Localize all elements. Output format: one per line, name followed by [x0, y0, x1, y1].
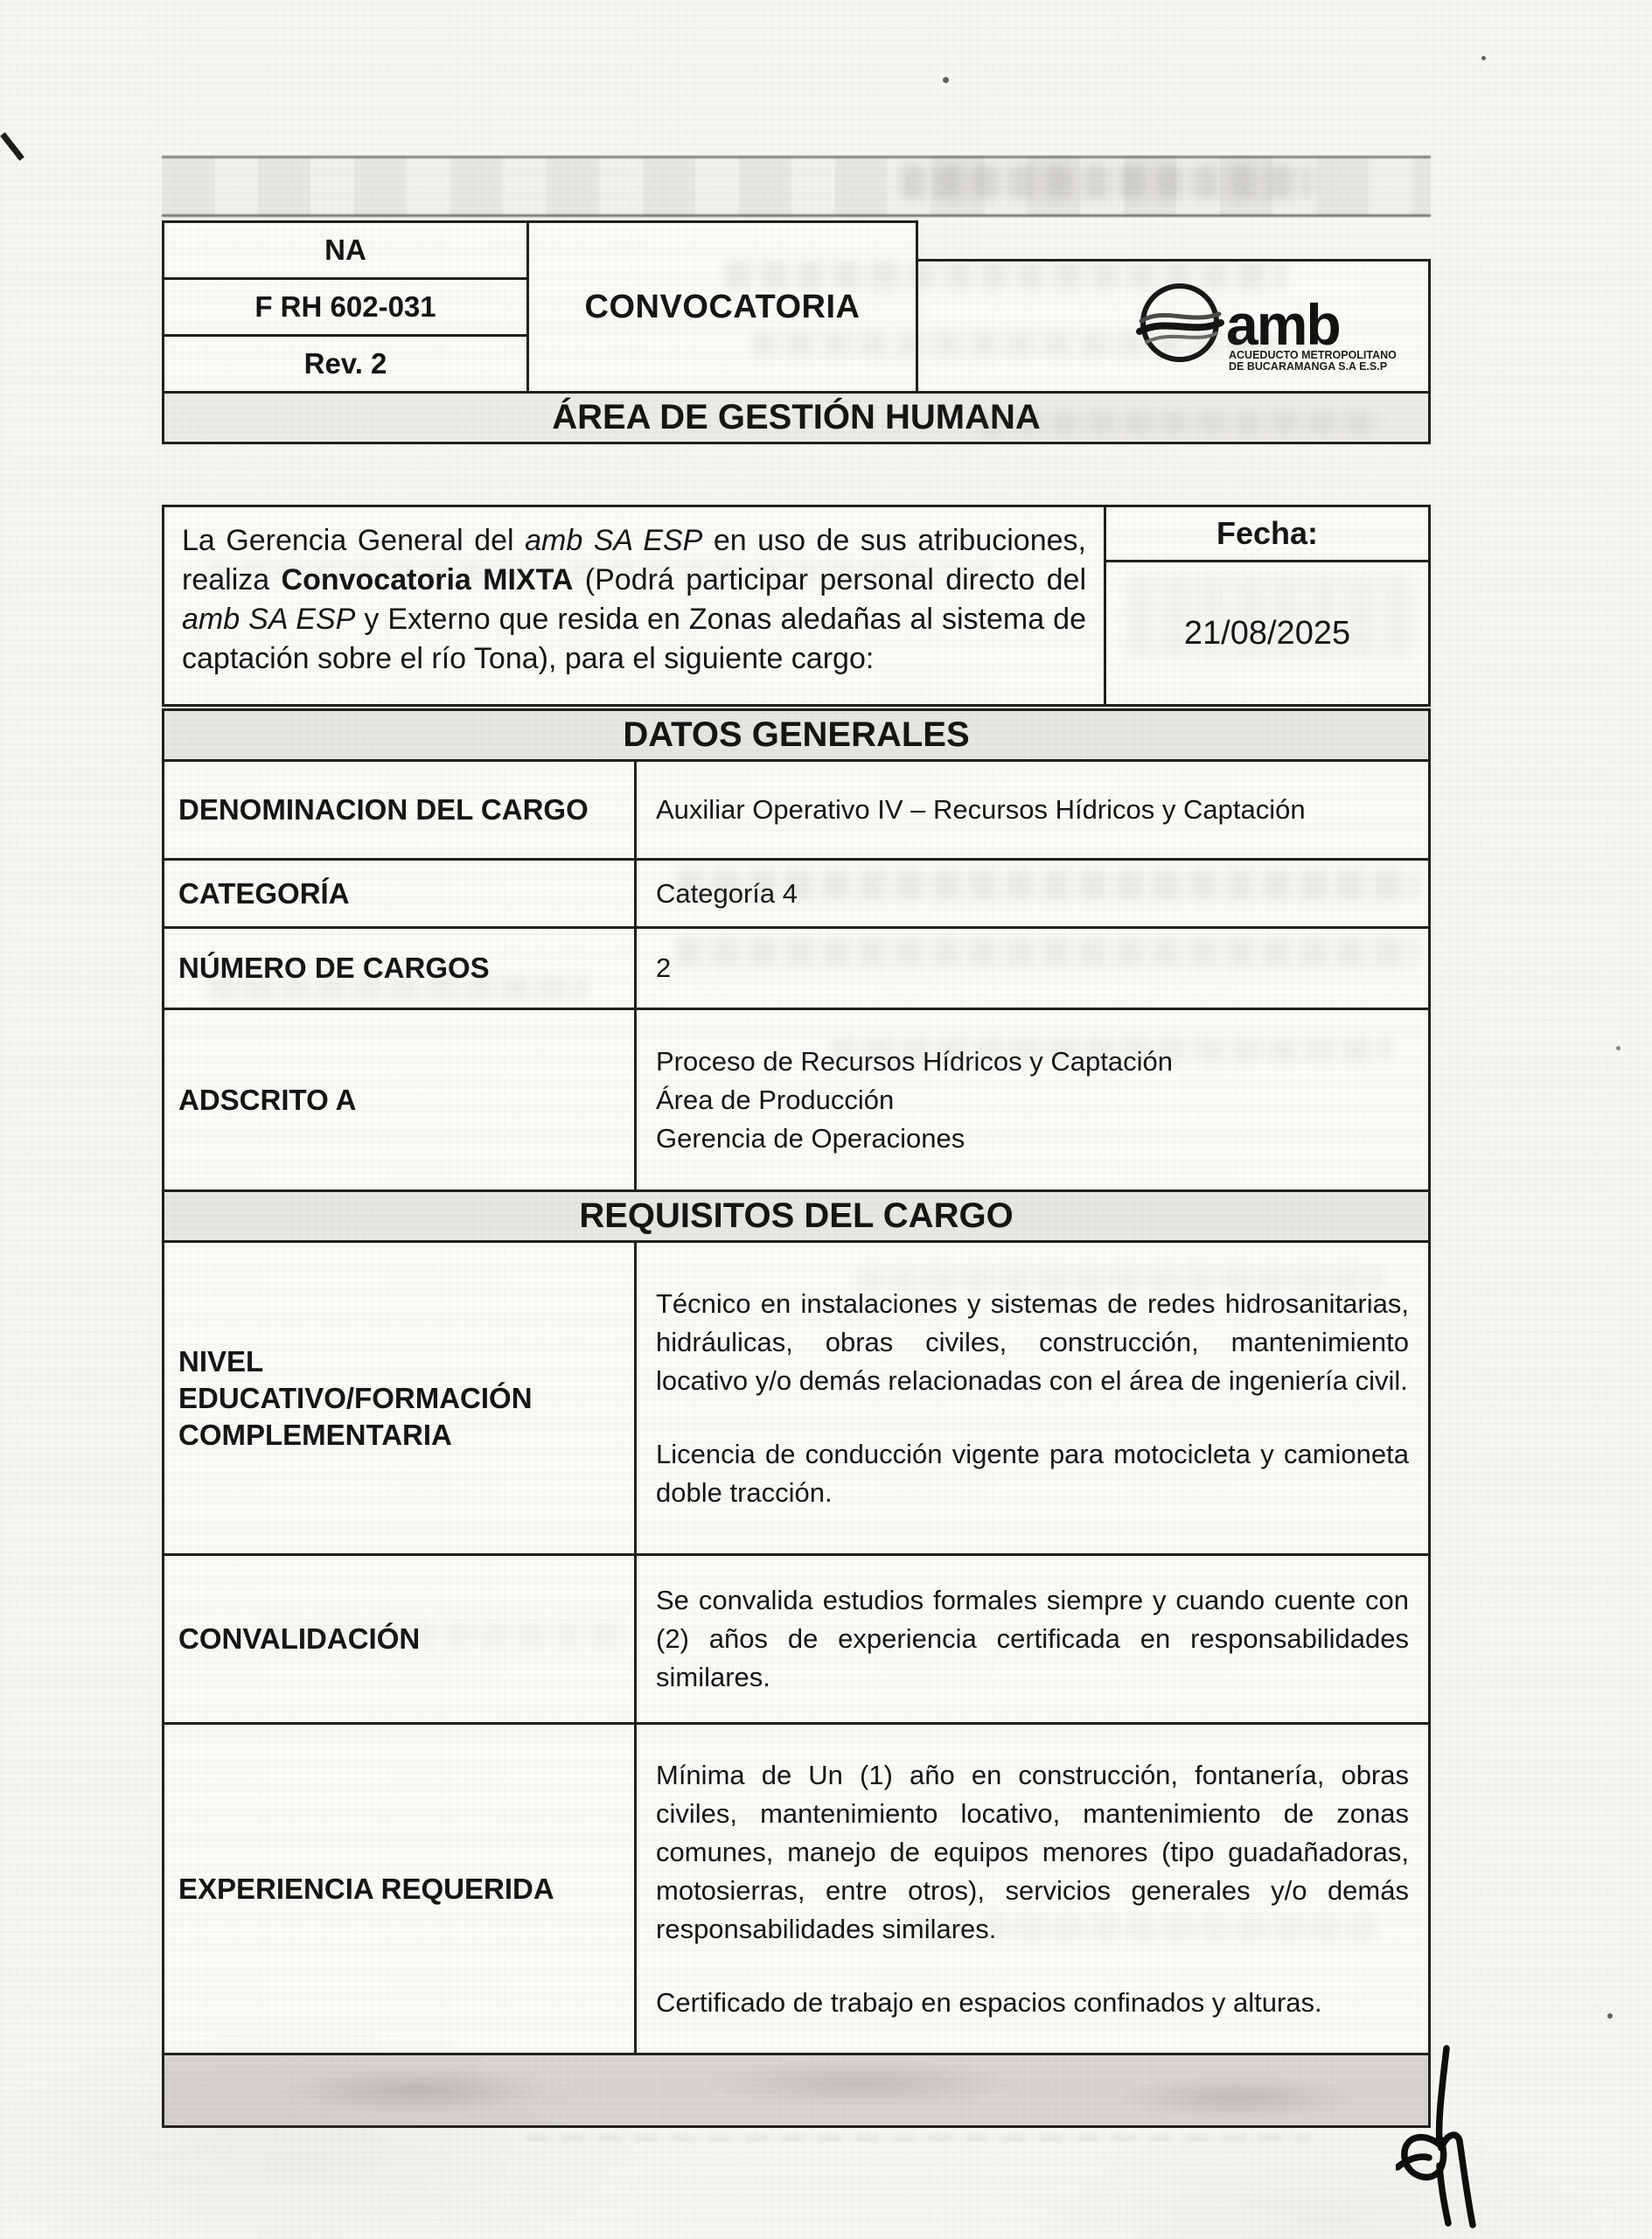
- row-value-denominacion: Auxiliar Operativo IV – Recursos Hídrico…: [637, 762, 1428, 858]
- intro-seg-bold: Convocatoria MIXTA: [282, 563, 574, 596]
- adscrito-line: Proceso de Recursos Hídricos y Captación: [656, 1043, 1409, 1081]
- intro-table: La Gerencia General del amb SA ESP en us…: [162, 505, 1431, 707]
- row-value-experiencia: Mínima de Un (1) año en construcción, fo…: [637, 1725, 1428, 2053]
- intro-seg: (Podrá participar personal directo del: [573, 563, 1086, 596]
- requisito-paragraph: Se convalida estudios formales siempre y…: [656, 1581, 1409, 1697]
- intro-paragraph: La Gerencia General del amb SA ESP en us…: [162, 505, 1106, 707]
- row-label-nivel-educativo: NIVEL EDUCATIVO/FORMACIÓN COMPLEMENTARIA: [164, 1243, 634, 1553]
- adscrito-line: Gerencia de Operaciones: [656, 1119, 1409, 1158]
- value-text: Categoría 4: [656, 875, 1409, 913]
- scanned-convocatoria-document: NA F RH 602-031 Rev. 2 CONVOCATORIA amb …: [0, 0, 1652, 2239]
- intro-seg: La Gerencia General del: [182, 524, 525, 557]
- scan-edge-mark: [0, 132, 24, 161]
- requisito-paragraph: Mínima de Un (1) año en construcción, fo…: [656, 1756, 1409, 1949]
- logo-text: amb: [1226, 292, 1340, 357]
- amb-water-logo-icon: amb ACUEDUCTO METROPOLITANO DE BUCARAMAN…: [1136, 281, 1398, 372]
- bleed-through-band: [162, 156, 1431, 217]
- form-na-cell: NA: [164, 223, 526, 277]
- row-value-adscrito-a: Proceso de Recursos Hídricos y Captación…: [637, 1010, 1428, 1189]
- cargo-data-table: DATOS GENERALES DENOMINACION DEL CARGO A…: [162, 708, 1431, 2128]
- empty-footer-row: [164, 2055, 1428, 2125]
- row-value-categoria: Categoría 4: [637, 861, 1428, 926]
- document-title: CONVOCATORIA: [526, 220, 918, 394]
- ink-speck: [1481, 56, 1486, 60]
- adscrito-line: Área de Producción: [656, 1081, 1409, 1119]
- row-label-denominacion: DENOMINACION DEL CARGO: [164, 762, 634, 858]
- row-label-adscrito-a: ADSCRITO A: [164, 1010, 634, 1189]
- requisito-paragraph: Licencia de conducción vigente para moto…: [656, 1435, 1409, 1512]
- fecha-label: Fecha:: [1106, 507, 1428, 562]
- form-code-block: NA F RH 602-031 Rev. 2: [162, 220, 529, 394]
- row-value-numero-cargos: 2: [637, 929, 1428, 1008]
- ink-speck: [1607, 2013, 1613, 2019]
- intro-seg-italic: amb SA ESP: [525, 524, 702, 557]
- row-value-convalidacion: Se convalida estudios formales siempre y…: [637, 1556, 1428, 1722]
- requisito-paragraph: Certificado de trabajo en espacios confi…: [656, 1984, 1409, 2022]
- handwritten-signature-icon: [1396, 2043, 1496, 2231]
- value-text: Auxiliar Operativo IV – Recursos Hídrico…: [656, 791, 1409, 829]
- logo-subtitle-line1: ACUEDUCTO METROPOLITANO: [1229, 349, 1397, 361]
- bleed-through-artifact: [525, 2136, 1312, 2141]
- form-revision-cell: Rev. 2: [164, 337, 526, 391]
- section-header-datos-generales: DATOS GENERALES: [164, 711, 1428, 759]
- value-text: 2: [656, 949, 1409, 987]
- fecha-value: 21/08/2025: [1106, 562, 1428, 704]
- ink-speck: [943, 77, 949, 83]
- section-header-requisitos: REQUISITOS DEL CARGO: [164, 1192, 1428, 1240]
- fecha-box: Fecha: 21/08/2025: [1104, 505, 1431, 707]
- intro-seg-italic: amb SA ESP: [182, 603, 355, 636]
- form-code-cell: F RH 602-031: [164, 280, 526, 334]
- row-label-categoria: CATEGORÍA: [164, 861, 634, 926]
- requisito-paragraph: Técnico en instalaciones y sistemas de r…: [656, 1285, 1409, 1400]
- area-banner: ÁREA DE GESTIÓN HUMANA: [162, 391, 1431, 444]
- row-label-convalidacion: CONVALIDACIÓN: [164, 1556, 634, 1722]
- ink-speck: [1616, 1046, 1621, 1050]
- row-label-experiencia: EXPERIENCIA REQUERIDA: [164, 1725, 634, 2053]
- form-header-table: NA F RH 602-031 Rev. 2 CONVOCATORIA amb …: [162, 220, 1431, 444]
- row-label-numero-cargos: NÚMERO DE CARGOS: [164, 929, 634, 1008]
- row-value-nivel-educativo: Técnico en instalaciones y sistemas de r…: [637, 1243, 1428, 1553]
- logo-subtitle-line2: DE BUCARAMANGA S.A E.S.P: [1229, 360, 1387, 372]
- amb-logo: amb ACUEDUCTO METROPOLITANO DE BUCARAMAN…: [916, 259, 1431, 394]
